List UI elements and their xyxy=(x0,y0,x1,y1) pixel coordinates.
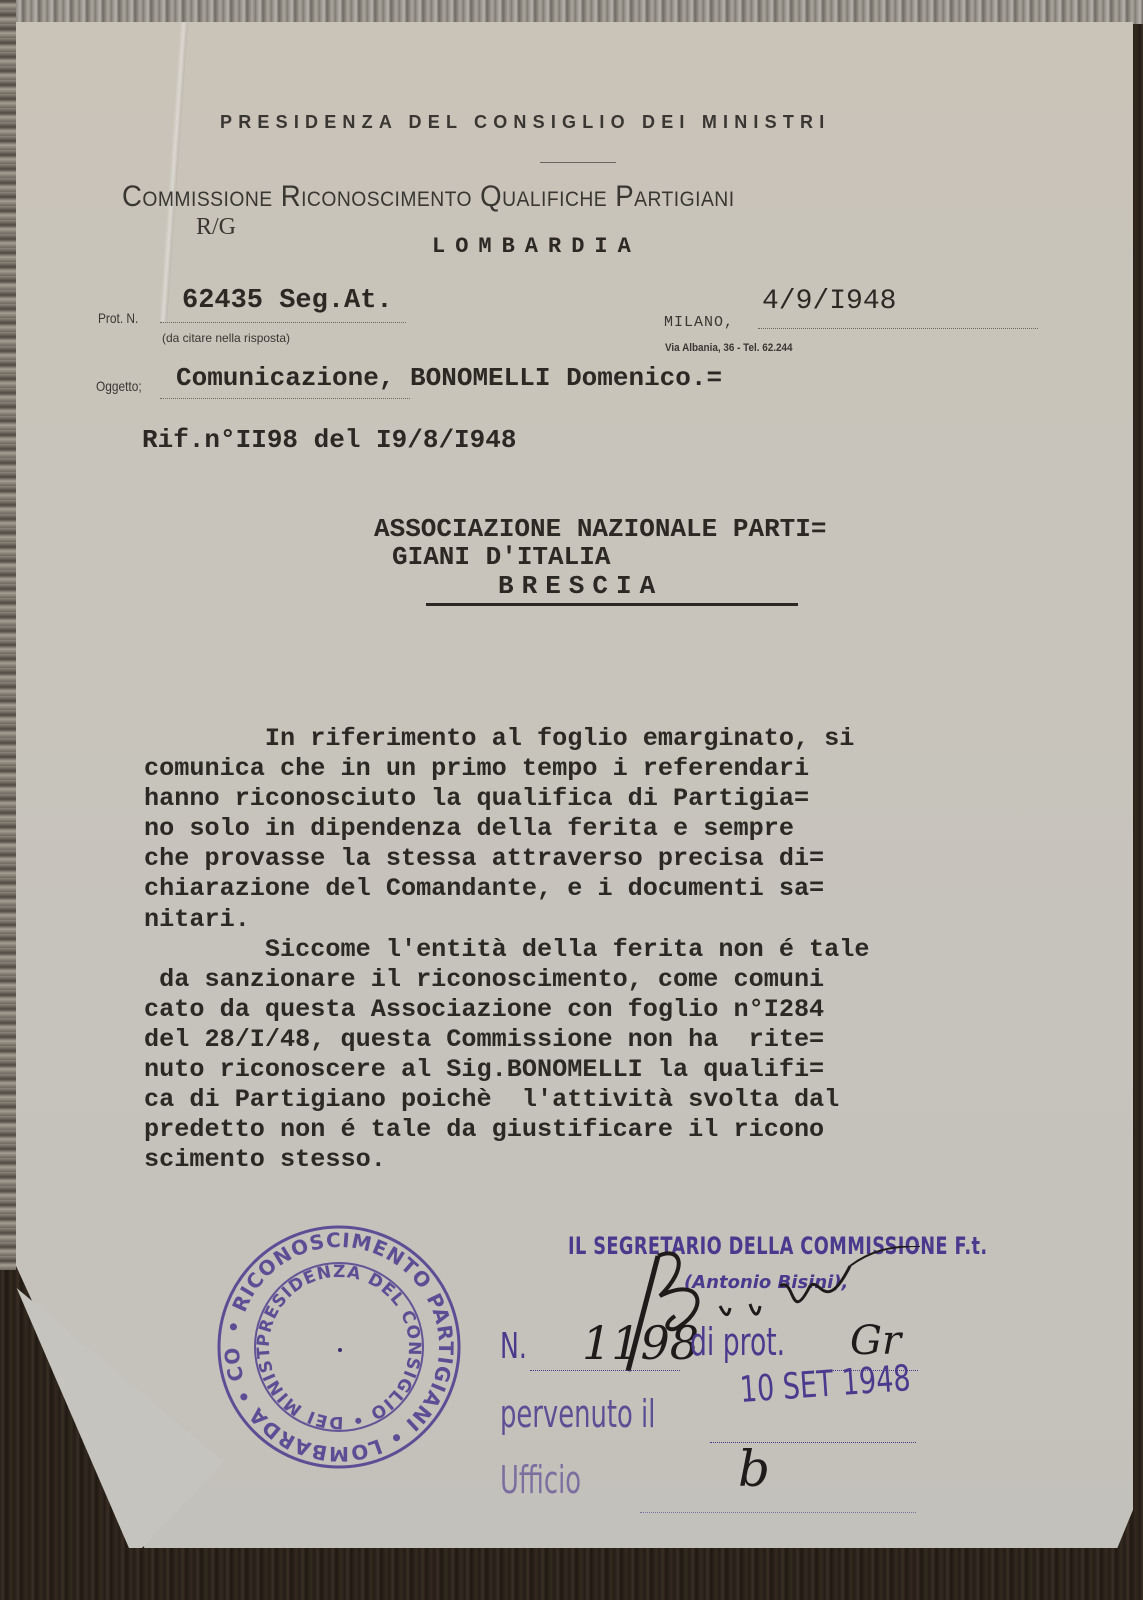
letterhead-divider xyxy=(540,162,616,163)
background-surface-left xyxy=(0,0,16,1270)
address-line: Via Albania, 36 - Tel. 62.244 xyxy=(665,342,792,354)
recipient-line-1: ASSOCIAZIONE NAZIONALE PARTI= xyxy=(374,514,826,544)
receipt-prot-value: Gr xyxy=(850,1318,901,1364)
oggetto-dotted-line xyxy=(160,398,410,399)
reference-code: R/G xyxy=(196,214,236,241)
background-surface-top xyxy=(0,0,1143,24)
recipient-line-2: GIANI D'ITALIA xyxy=(392,542,610,572)
date-value: 4/9/I948 xyxy=(762,286,896,317)
date-dotted-line xyxy=(758,328,1038,329)
receipt-prot-label: di prot. xyxy=(690,1320,785,1364)
office-value: b xyxy=(738,1440,770,1498)
letterhead-commissione: Commissione Riconoscimento Qualifiche Pa… xyxy=(122,180,735,214)
receipt-number-line xyxy=(530,1370,680,1371)
letterhead-region: LOMBARDIA xyxy=(432,234,641,259)
prot-value: 62435 Seg.At. xyxy=(182,286,393,316)
letterhead-presidenza: PRESIDENZA DEL CONSIGLIO DEI MINISTRI xyxy=(220,112,830,133)
prot-label: Prot. N. xyxy=(98,310,138,326)
office-label: Ufficio xyxy=(500,1458,581,1502)
received-date-label: pervenuto il xyxy=(500,1392,655,1436)
round-stamp: • RICONOSCIMENTO PARTIGIANI • LOMBARDA •… xyxy=(214,1222,464,1472)
city-label: MILANO, xyxy=(664,314,734,331)
recipient-underline xyxy=(426,603,798,606)
oggetto-label: Oggetto; xyxy=(96,378,142,394)
reference-line: Rif.n°II98 del I9/8/I948 xyxy=(142,425,516,455)
office-line xyxy=(640,1512,916,1513)
recipient-city: BRESCIA xyxy=(498,571,663,601)
prot-dotted-line xyxy=(160,322,406,323)
receipt-number-label: N. xyxy=(500,1326,527,1367)
letter-body: In riferimento al foglio emarginato, si … xyxy=(144,724,870,1175)
prot-note: (da citare nella risposta) xyxy=(162,331,290,345)
oggetto-value: Comunicazione, BONOMELLI Domenico.= xyxy=(176,363,722,393)
receipt-number-value: 1198 xyxy=(582,1316,699,1370)
